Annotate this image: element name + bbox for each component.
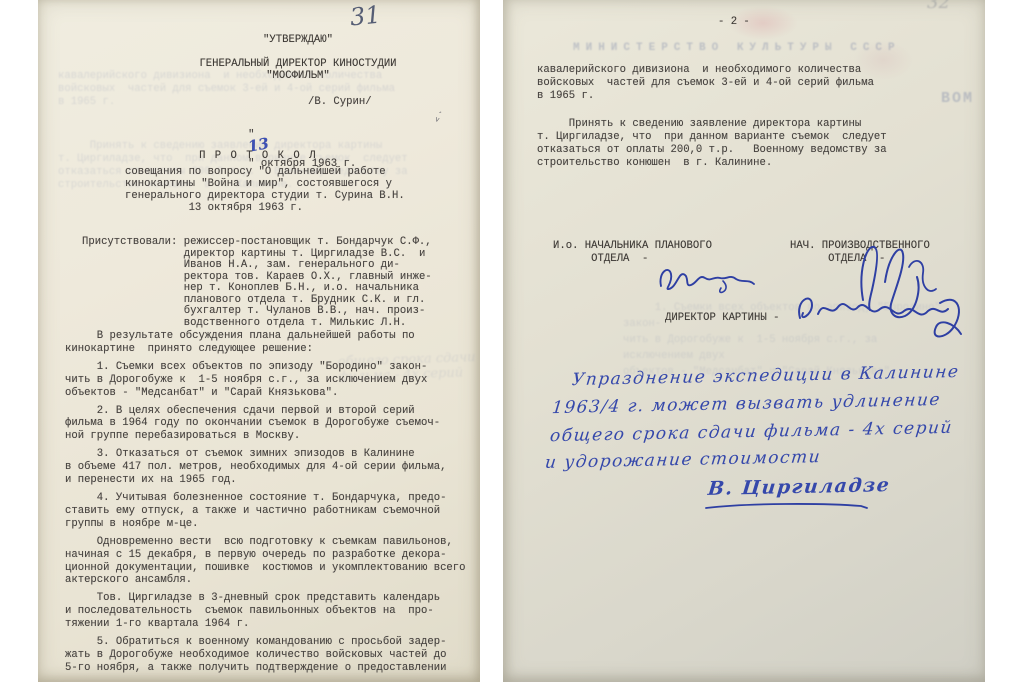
document-title: П Р О Т О К О Л	[98, 150, 418, 163]
handwritten-page-number: 31	[349, 0, 382, 31]
approver-title: ГЕНЕРАЛЬНЫЙ ДИРЕКТОР КИНОСТУДИИ	[128, 58, 468, 71]
resolution-item-1: 1. Съемки всех объектов по эпизоду "Боро…	[65, 361, 471, 400]
ink-mark: ᵥ́	[434, 112, 441, 125]
handwritten-page-number-partial: 32	[927, 0, 950, 13]
document-subject: совещания по вопросу "О дальнейшей работ…	[125, 166, 455, 214]
resolution-intro: В результате обсуждения плана дальнейшей…	[65, 330, 471, 356]
signature-planning-dept	[653, 258, 763, 302]
body-paragraph-continuation: кавалерийского дивизиона и необходимого …	[537, 64, 957, 103]
resolution-item-4b: Тов. Циргиладзе в 3-дневный срок предста…	[65, 592, 471, 631]
resolution-item-5: 5. Обратиться к военному командованию с …	[65, 636, 471, 675]
handwritten-note-line: и удорожание стоимости	[544, 447, 822, 473]
resolution-item-3: 3. Отказаться от съемок зимних эпизодов …	[65, 448, 471, 487]
handwritten-note-line: Упразднение экспедиции в Калинине	[571, 362, 960, 390]
bleed-through-letterhead: МИНИСТЕРСТВО КУЛЬТУРЫ СССР	[573, 42, 901, 54]
document-page-2: 32 МИНИСТЕРСТВО КУЛЬТУРЫ СССР ВОМ 1. Съе…	[503, 0, 985, 682]
page-number: - 2 -	[718, 16, 750, 29]
resolution-item-4a: Одновременно вести всю подготовку к съем…	[65, 536, 471, 588]
body-paragraph-note: Принять к сведению заявление директора к…	[537, 118, 957, 170]
approve-stamp-label: "УТВЕРЖДАЮ"	[128, 34, 468, 47]
signature-underline	[703, 500, 873, 512]
document-page-1: кавалерийского дивизиона и необходимого …	[38, 0, 480, 682]
signature-label-film-director: ДИРЕКТОР КАРТИНЫ -	[665, 312, 779, 325]
handwritten-note-line: 1963/4 г. может вызвать удлинение	[551, 390, 942, 418]
studio-name: "МОСФИЛЬМ"	[128, 70, 468, 83]
signature-film-director-ink	[788, 282, 973, 352]
approver-name: /В. Сурин/	[308, 96, 372, 109]
resolution-item-4: 4. Учитывая болезненное состояние т. Бон…	[65, 492, 471, 531]
handwritten-signature: В. Циргиладзе	[707, 474, 892, 500]
resolution-item-2: 2. В целях обеспечения сдачи первой и вт…	[65, 405, 471, 444]
attendees-list: Присутствовали: режиссер-постановщик т. …	[82, 237, 472, 329]
resolution-body: В результате обсуждения плана дальнейшей…	[65, 330, 471, 680]
document-scan: кавалерийского дивизиона и необходимого …	[0, 0, 1024, 682]
handwritten-note-line: общего срока сдачи фильма - 4х серий	[549, 418, 954, 446]
